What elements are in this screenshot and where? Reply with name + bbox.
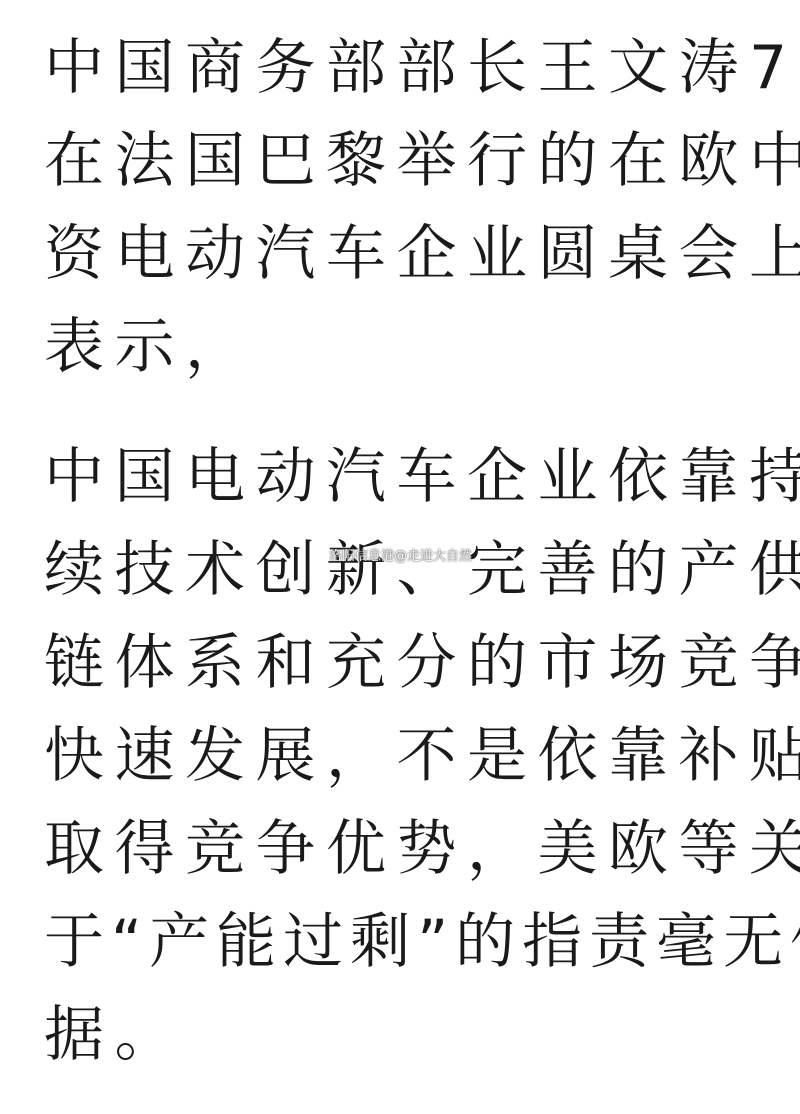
watermark: 洛阳信息港@走进大自然 xyxy=(329,545,472,564)
text-line: 表示， xyxy=(44,312,256,382)
text-line: 链体系和充分的市场竞争 xyxy=(44,628,800,698)
text-line: 快速发展，不是依靠补贴 xyxy=(44,721,800,791)
text-line: 中国商务部部长王文涛7日 xyxy=(44,33,800,103)
text-line: 资电动汽车企业圆桌会上 xyxy=(44,219,800,289)
text-line: 取得竞争优势，美欧等关 xyxy=(44,814,800,884)
text-line: 中国电动汽车企业依靠持 xyxy=(44,442,800,512)
text-line: 据。 xyxy=(44,1000,185,1070)
text-line: 于“产能过剩”的指责毫无依 xyxy=(44,907,800,977)
text-line: 在法国巴黎举行的在欧中 xyxy=(44,126,800,196)
